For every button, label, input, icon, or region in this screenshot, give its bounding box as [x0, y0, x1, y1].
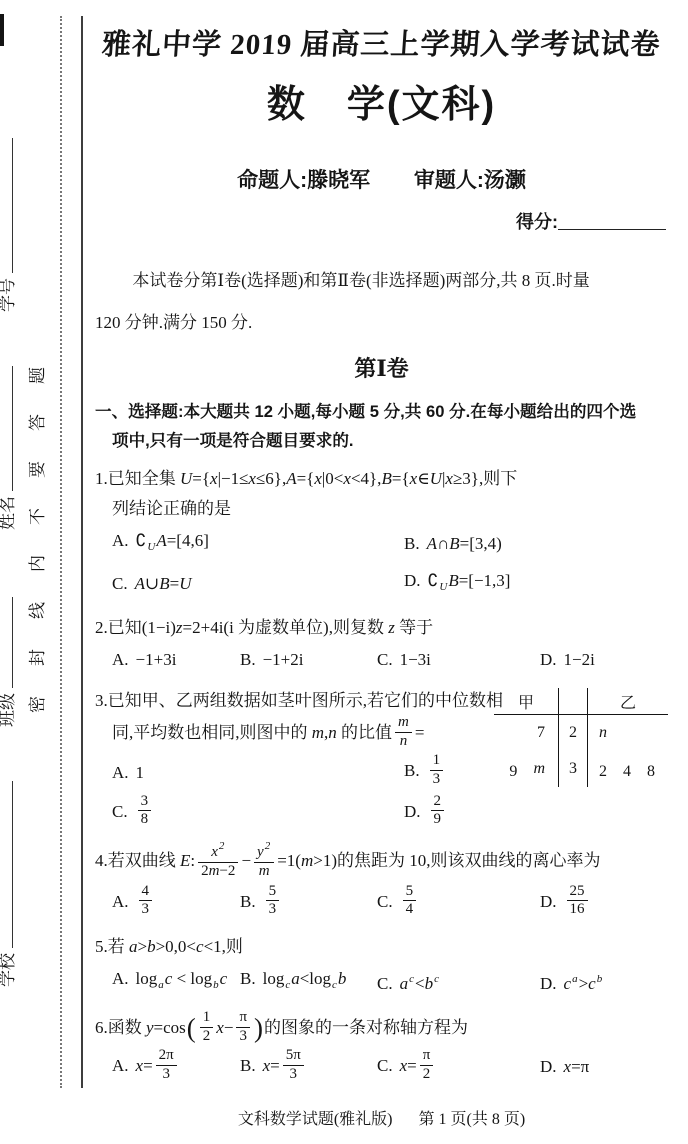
intro-line: 120 分钟.满分 150 分.: [95, 302, 668, 344]
math-var: n: [328, 723, 337, 742]
question-2: 2.已知(1−i)z=2+4i(i 为虚数单位),则复数 z 等于A.−1+3i…: [95, 613, 668, 677]
numerator: π: [420, 1047, 434, 1066]
option-label: D.: [540, 650, 557, 669]
math-var: m: [301, 851, 313, 870]
numerator: 5π: [283, 1047, 304, 1066]
stem-leaf-header-right: 乙: [588, 688, 668, 715]
option-label: C.: [377, 650, 393, 669]
fraction: 38: [138, 793, 152, 829]
options-row: A.∁UA=[4,6]B.A∩B=[3,4): [95, 524, 668, 564]
page-footer: 文科数学试题(雅礼版)第 1 页(共 8 页): [95, 1106, 668, 1129]
math-var: z: [176, 618, 183, 637]
math-var: E: [180, 851, 190, 870]
math-subscript: a: [158, 979, 164, 991]
math-var: B: [159, 574, 169, 593]
math-subscript: U: [439, 581, 447, 593]
fraction: 2π3: [156, 1047, 177, 1083]
seal-field-blank-line: [0, 781, 13, 948]
numerator: 3: [138, 793, 152, 812]
option-label: B.: [240, 1056, 256, 1075]
math-var: m: [259, 863, 270, 879]
section-instructions: 一、选择题:本大题共 12 小题,每小题 5 分,共 60 分.在每小题给出的四…: [95, 397, 668, 455]
math-var: y: [257, 844, 264, 860]
option-1-A: A.∁UA=[4,6]: [112, 524, 404, 564]
math-var: m: [209, 863, 220, 879]
option-label: B.: [404, 761, 420, 780]
seal-text-label: 密封线内不要答题: [23, 335, 48, 725]
option-label: C.: [377, 1056, 393, 1075]
question-6-line: 6.函数 y=cos(12x−π3)的图象的一条对称轴方程为: [95, 1011, 668, 1047]
math-var: b: [425, 974, 434, 993]
option-label: B.: [240, 969, 256, 988]
denominator: n: [395, 733, 412, 751]
math-subscript: U: [147, 541, 155, 553]
math-var: c: [196, 937, 204, 956]
seal-dotted-line: [60, 16, 62, 1088]
math-var: c: [220, 969, 228, 988]
stem-leaf-stem: 2: [558, 715, 588, 751]
big-paren: (: [187, 1013, 196, 1043]
math-var: b: [338, 969, 347, 988]
option-1-B: B.A∩B=[3,4): [404, 527, 668, 561]
fraction: 5π3: [283, 1047, 304, 1083]
stem-leaf-right: n: [588, 715, 668, 751]
seal-solid-line: [81, 16, 83, 1088]
seal-field-label: 学校: [0, 953, 18, 987]
stem-leaf-stem: 3: [558, 751, 588, 787]
intro-line: 本试卷分第Ⅰ卷(选择题)和第Ⅱ卷(非选择题)两部分,共 8 页.时量: [95, 260, 668, 302]
question-5: 5.若 a>b>0,0<c<1,则A.logac < logbcB.logca<…: [95, 932, 668, 1002]
authors-line: 命题人:滕晓军 审题人:汤灏: [95, 164, 668, 194]
stem-leaf-left: 9 m: [494, 751, 558, 787]
options-row: C.A∪B=UD.∁UB=[−1,3]: [95, 564, 668, 604]
option-label: A.: [112, 763, 129, 782]
option-label: C.: [112, 802, 128, 821]
denominator: 3: [430, 771, 444, 789]
denominator: 3: [236, 1028, 250, 1046]
option-4-C: C.54: [377, 883, 540, 923]
math-var: a: [129, 937, 138, 956]
seal-field-2: 姓名: [0, 366, 18, 530]
math-var: x: [216, 1018, 224, 1037]
math-var: a: [400, 974, 409, 993]
option-label: B.: [404, 534, 420, 553]
question-3: 3.已知甲、乙两组数据如茎叶图所示,若它们的中位数相同,平均数也相同,则图中的 …: [95, 686, 668, 833]
math-var: x: [343, 469, 351, 488]
option-4-D: D.2516: [540, 883, 668, 923]
section-title: 第Ⅰ卷: [95, 352, 668, 383]
option-6-D: D.x=π: [540, 1050, 668, 1084]
numerator: 4: [139, 883, 153, 902]
math-var: m: [398, 714, 409, 730]
seal-text: 密封线内不要答题: [22, 332, 48, 728]
math-var: A: [427, 534, 437, 553]
option-label: C.: [377, 892, 393, 911]
fraction: π3: [236, 1009, 250, 1045]
option-label: C.: [377, 974, 393, 993]
math-var: U: [430, 469, 442, 488]
math-subscript: c: [285, 979, 290, 991]
denominator: 2: [200, 1028, 214, 1046]
numerator: 5: [266, 883, 280, 902]
math-var: A: [156, 531, 166, 550]
math-var: B: [448, 571, 458, 590]
fraction: y2m: [254, 840, 274, 880]
option-4-B: B.53: [240, 883, 377, 923]
scan-edge-artifact: [0, 14, 4, 46]
option-3-A: A.1: [112, 756, 404, 790]
math-var: b: [147, 937, 156, 956]
seal-field-label: 学号: [0, 278, 18, 312]
seal-field-4: 学校: [0, 781, 18, 987]
math-var: x: [263, 1056, 271, 1075]
option-label: B.: [240, 650, 256, 669]
fraction: π2: [420, 1047, 434, 1083]
numerator: 1: [430, 752, 444, 771]
math-var: x: [314, 469, 322, 488]
options-row: A.x=2π3B.x=5π3C.x=π2D.x=π: [95, 1047, 668, 1087]
option-5-C: C.ac<bc: [377, 962, 540, 1001]
option-5-B: B.logca<logcb: [240, 962, 377, 1002]
option-label: A.: [112, 969, 129, 988]
math-var: c: [564, 974, 572, 993]
denominator: 3: [283, 1066, 304, 1084]
stem-leaf-header-left: 甲: [494, 688, 558, 715]
question-6: 6.函数 y=cos(12x−π3)的图象的一条对称轴方程为A.x=2π3B.x…: [95, 1011, 668, 1088]
numerator: 2π: [156, 1047, 177, 1066]
math-var: B: [381, 469, 391, 488]
fraction: 53: [266, 883, 280, 919]
seal-field-blank-line: [0, 366, 13, 491]
reviewer: 审题人:汤灏: [414, 169, 526, 192]
proposer: 命题人:滕晓军: [237, 169, 370, 192]
math-var: x: [445, 469, 453, 488]
big-paren: ): [254, 1013, 263, 1043]
question-5-line: 5.若 a>b>0,0<c<1,则: [95, 932, 668, 962]
math-superscript: a: [572, 973, 578, 985]
numerator: 2: [431, 793, 445, 812]
math-superscript: 2: [265, 840, 271, 852]
stem-leaf-diagram: 甲乙72n9 m32 4 8: [494, 688, 668, 787]
math-var: n: [599, 724, 607, 742]
fraction: x22m−2: [198, 840, 238, 880]
math-var: x: [211, 844, 218, 860]
math-var: A: [286, 469, 296, 488]
math-subscript: c: [332, 979, 337, 991]
math-superscript: c: [434, 973, 439, 985]
instruction-line: 项中,只有一项是符合题目要求的.: [95, 426, 668, 455]
footer-doc-title: 文科数学试题(雅礼版): [238, 1111, 393, 1128]
option-label: B.: [240, 892, 256, 911]
options-row: C.38D.29: [95, 793, 668, 833]
exam-intro: 本试卷分第Ⅰ卷(选择题)和第Ⅱ卷(非选择题)两部分,共 8 页.时量120 分钟…: [95, 260, 668, 344]
option-1-C: C.A∪B=U: [112, 567, 404, 601]
option-5-A: A.logac < logbc: [112, 962, 240, 1002]
numerator: m: [395, 714, 412, 733]
options-row: A.−1+3iB.−1+2iC.1−3iD.1−2i: [95, 643, 668, 677]
math-var: c: [588, 974, 596, 993]
option-2-D: D.1−2i: [540, 643, 668, 677]
numerator: 5: [403, 883, 417, 902]
exam-title: 雅礼中学 2019 届高三上学期入学考试试卷: [94, 22, 670, 63]
math-superscript: 2: [219, 840, 225, 852]
math-var: B: [449, 534, 459, 553]
option-4-A: A.43: [112, 883, 240, 923]
question-1-line: 1.已知全集 U={x|−1≤x≤6},A={x|0<x<4},B={x∈U|x…: [95, 464, 668, 494]
math-superscript: c: [409, 973, 414, 985]
question-4: 4.若双曲线 E:x22m−2−y2m=1(m>1)的焦距为 10,则该双曲线的…: [95, 842, 668, 923]
fraction: 12: [200, 1009, 214, 1045]
score-blank-line: [558, 213, 666, 230]
option-6-C: C.x=π2: [377, 1047, 540, 1087]
denominator: 8: [138, 811, 152, 829]
denominator: 4: [403, 901, 417, 919]
math-subscript: b: [213, 979, 219, 991]
question-2-line: 2.已知(1−i)z=2+4i(i 为虚数单位),则复数 z 等于: [95, 613, 668, 643]
option-label: A.: [112, 531, 129, 550]
math-superscript: b: [597, 973, 603, 985]
numerator: x2: [198, 840, 238, 863]
seal-field-label: 姓名: [0, 496, 18, 530]
option-5-D: D.ca>cb: [540, 962, 668, 1001]
score-row: 得分:: [95, 208, 668, 234]
option-label: D.: [404, 802, 421, 821]
math-var: y: [146, 1018, 154, 1037]
fraction: mn: [395, 714, 412, 750]
instruction-line: 一、选择题:本大题共 12 小题,每小题 5 分,共 60 分.在每小题给出的四…: [95, 397, 668, 426]
denominator: 16: [567, 901, 588, 919]
fraction: 13: [430, 752, 444, 788]
math-var: x: [410, 469, 418, 488]
denominator: 2m−2: [198, 863, 238, 881]
math-var: U: [180, 469, 192, 488]
option-3-D: D.29: [404, 793, 668, 833]
numerator: 25: [567, 883, 588, 902]
fraction: 29: [431, 793, 445, 829]
subject-title: 数 学(文科): [95, 73, 668, 128]
option-6-A: A.x=2π3: [112, 1047, 240, 1087]
numerator: 1: [200, 1009, 214, 1028]
question-1: 1.已知全集 U={x|−1≤x≤6},A={x|0<x<4},B={x∈U|x…: [95, 464, 668, 604]
option-label: D.: [540, 892, 557, 911]
math-var: m: [312, 723, 324, 742]
denominator: 9: [431, 811, 445, 829]
option-label: D.: [540, 974, 557, 993]
option-label: D.: [540, 1057, 557, 1076]
numerator: y2: [254, 840, 274, 863]
option-label: D.: [404, 571, 421, 590]
options-row: A.logac < logbcB.logca<logcbC.ac<bcD.ca>…: [95, 962, 668, 1002]
seal-field-blank-line: [0, 597, 13, 688]
math-var: a: [291, 969, 300, 988]
math-var: c: [165, 969, 173, 988]
seal-field-3: 班级: [0, 597, 18, 727]
footer-page-info: 第 1 页(共 8 页): [419, 1111, 526, 1128]
option-label: A.: [112, 1056, 129, 1075]
question-list: 1.已知全集 U={x|−1≤x≤6},A={x|0<x<4},B={x∈U|x…: [95, 464, 668, 1088]
score-label: 得分:: [516, 212, 558, 232]
main-content: 雅礼中学 2019 届高三上学期入学考试试卷 数 学(文科) 命题人:滕晓军 审…: [95, 0, 668, 1088]
math-var: n: [400, 733, 408, 749]
math-var: m: [533, 760, 545, 778]
denominator: 2: [420, 1066, 434, 1084]
option-2-C: C.1−3i: [377, 643, 540, 677]
stem-leaf-grid: 甲乙72n9 m32 4 8: [494, 688, 668, 787]
seal-field-blank-line: [0, 138, 13, 273]
math-var: x: [248, 469, 256, 488]
denominator: 3: [156, 1066, 177, 1084]
options-row: A.43B.53C.54D.2516: [95, 883, 668, 923]
math-var: x: [136, 1056, 144, 1075]
math-var: U: [179, 574, 191, 593]
numerator: π: [236, 1009, 250, 1028]
stem-leaf-left: 7: [494, 715, 558, 751]
exam-page: { "sidebar": { "seal_text": "密封线内不要答题", …: [0, 0, 688, 1144]
denominator: 3: [266, 901, 280, 919]
stem-leaf-right: 2 4 8: [588, 751, 668, 787]
fraction: 43: [139, 883, 153, 919]
option-label: A.: [112, 650, 129, 669]
math-var: x: [564, 1057, 572, 1076]
seal-field-1: 学号: [0, 138, 18, 312]
question-1-line: 列结论正确的是: [95, 494, 668, 524]
math-var: z: [388, 618, 395, 637]
option-label: A.: [112, 892, 129, 911]
denominator: 3: [139, 901, 153, 919]
question-4-line: 4.若双曲线 E:x22m−2−y2m=1(m>1)的焦距为 10,则该双曲线的…: [95, 842, 668, 882]
seal-field-label: 班级: [0, 693, 18, 727]
math-var: A: [135, 574, 145, 593]
option-label: C.: [112, 574, 128, 593]
option-2-A: A.−1+3i: [112, 643, 240, 677]
option-1-D: D.∁UB=[−1,3]: [404, 564, 668, 604]
stem-leaf-header-stem: [558, 688, 588, 715]
option-6-B: B.x=5π3: [240, 1047, 377, 1087]
fraction: 54: [403, 883, 417, 919]
fraction: 2516: [567, 883, 588, 919]
option-2-B: B.−1+2i: [240, 643, 377, 677]
option-3-C: C.38: [112, 793, 404, 833]
math-var: x: [210, 469, 218, 488]
denominator: m: [254, 863, 274, 881]
math-var: x: [400, 1056, 408, 1075]
